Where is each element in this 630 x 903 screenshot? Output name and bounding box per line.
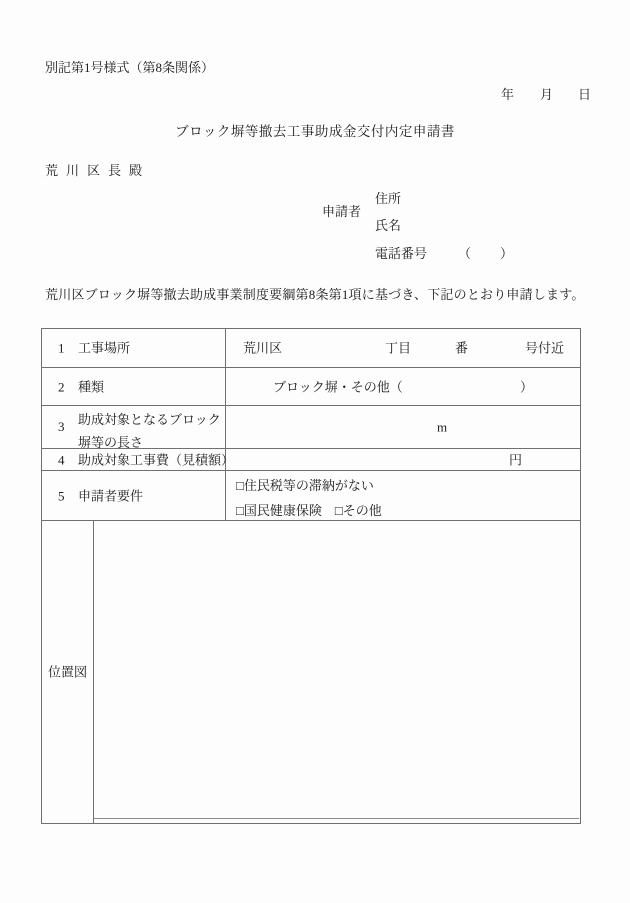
row-label: 申請者要件 xyxy=(78,489,143,502)
row-value-cell: ブロック塀・その他（ ） xyxy=(226,368,580,405)
checkbox-option-other: □その他 xyxy=(335,503,382,518)
row-number: 1 xyxy=(58,342,65,355)
application-table: 1 工事場所 荒川区 丁目 番 号付近 2 種類 ブロック塀・その他（ ） xyxy=(41,328,581,824)
table-row-cost: 4 助成対象工事費（見積額） 円 xyxy=(42,449,580,471)
row-label-line-1: 助成対象となるブロック xyxy=(78,413,221,426)
row-value-cell: m xyxy=(226,406,580,448)
go-vicinity-label: 号付近 xyxy=(525,342,564,355)
checkbox-option-tax: □住民税等の滞納がない xyxy=(236,479,374,492)
row-number: 2 xyxy=(58,380,65,393)
row-header-cell: 1 工事場所 xyxy=(42,329,226,367)
checkbox-option-line-2: □国民健康保険□その他 xyxy=(236,504,382,517)
row-header-cell: 4 助成対象工事費（見積額） xyxy=(42,449,226,470)
ward-text: 荒川区 xyxy=(243,342,282,355)
yen-unit-label: 円 xyxy=(509,453,522,466)
row-value-cell: 荒川区 丁目 番 号付近 xyxy=(226,329,580,367)
addressee: 荒川区長殿 xyxy=(45,164,150,177)
row-label: 工事場所 xyxy=(78,342,130,355)
kind-paren-close: ） xyxy=(520,380,533,393)
row-number: 3 xyxy=(58,420,65,433)
address-field-label: 住所 xyxy=(375,192,401,205)
row-value-cell: □住民税等の滞納がない □国民健康保険□その他 xyxy=(226,471,580,520)
checkbox-icon: □ xyxy=(335,503,343,518)
meter-unit-label: m xyxy=(437,421,447,434)
row-label-line-2: 塀等の長さ xyxy=(78,436,143,449)
name-field-label: 氏名 xyxy=(375,219,401,232)
ban-unit-label: 番 xyxy=(455,342,468,355)
row-label: 助成対象工事費（見積額） xyxy=(78,453,234,466)
checkbox-option-label: 国民健康保険 xyxy=(244,503,322,518)
row-value-cell: 円 xyxy=(226,449,580,470)
row-number: 5 xyxy=(58,489,65,502)
inner-border-line xyxy=(94,818,579,819)
checkbox-option-label: その他 xyxy=(343,503,382,518)
chome-unit-label: 丁目 xyxy=(385,342,411,355)
kind-options-text: ブロック塀・その他（ xyxy=(273,380,403,393)
table-row-location-map: 位置図 xyxy=(42,521,580,823)
applicant-label: 申請者 xyxy=(322,205,361,218)
date-month-label: 月 xyxy=(540,88,553,101)
checkbox-option-insurance: □国民健康保険 xyxy=(236,503,322,518)
map-label-cell: 位置図 xyxy=(42,521,94,823)
checkbox-option-label: 住民税等の滞納がない xyxy=(244,478,374,493)
phone-paren-open: （ xyxy=(458,247,471,260)
phone-field-label: 電話番号 xyxy=(375,247,427,260)
date-day-label: 日 xyxy=(578,88,591,101)
table-row-kind: 2 種類 ブロック塀・その他（ ） xyxy=(42,368,580,406)
row-number: 4 xyxy=(58,453,65,466)
form-reference: 別記第1号様式（第8条関係） xyxy=(45,61,214,74)
row-header-cell: 5 申請者要件 xyxy=(42,471,226,520)
row-header-cell: 2 種類 xyxy=(42,368,226,405)
phone-paren-close: ） xyxy=(500,247,513,260)
row-label: 種類 xyxy=(78,380,104,393)
checkbox-icon: □ xyxy=(236,503,244,518)
table-row-requirements: 5 申請者要件 □住民税等の滞納がない □国民健康保険□その他 xyxy=(42,471,580,521)
date-year-label: 年 xyxy=(501,88,514,101)
application-form-page: 別記第1号様式（第8条関係） 年 月 日 ブロック塀等撤去工事助成金交付内定申請… xyxy=(0,0,630,903)
location-map-label: 位置図 xyxy=(48,666,87,679)
checkbox-icon: □ xyxy=(236,478,244,493)
location-map-area xyxy=(94,521,580,823)
intro-paragraph: 荒川区ブロック塀等撤去助成事業制度要綱第8条第1項に基づき、下記のとおり申請しま… xyxy=(45,288,585,301)
table-row-wall-length: 3 助成対象となるブロック 塀等の長さ m xyxy=(42,406,580,449)
table-row-construction-site: 1 工事場所 荒川区 丁目 番 号付近 xyxy=(42,329,580,368)
row-header-cell: 3 助成対象となるブロック 塀等の長さ xyxy=(42,406,226,448)
document-title: ブロック塀等撤去工事助成金交付内定申請書 xyxy=(0,125,630,139)
